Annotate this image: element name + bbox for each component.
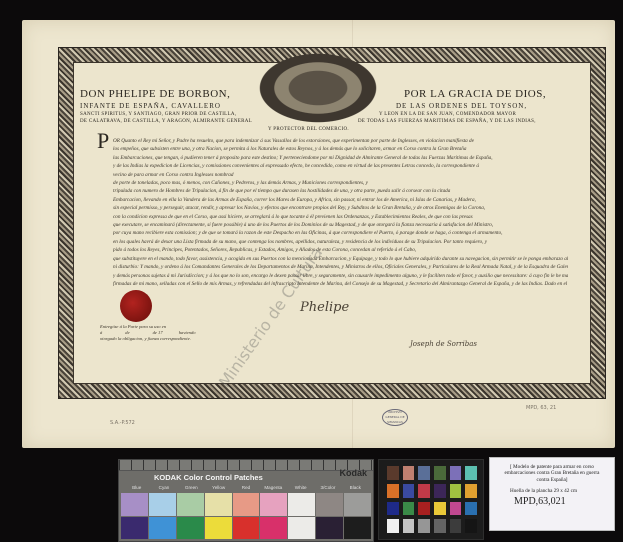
- body-line: de porte de toneladas, poco mas, ó menos…: [113, 179, 568, 187]
- body-line: en los quales havrá de dexar una Lista f…: [113, 238, 568, 246]
- secretary-signature: Joseph de Sorribas: [410, 340, 477, 348]
- heading-left-line1: DON PHELIPE DE BORBON,: [80, 88, 230, 100]
- body-line: que executare, se encaminará (directamen…: [113, 221, 568, 229]
- checker-patch: [403, 484, 415, 498]
- royal-coat-of-arms-icon: [250, 48, 386, 128]
- color-patch: [260, 493, 287, 516]
- margin-annotation-left: S.A.-P.572: [110, 420, 135, 426]
- body-line: por cuya mano recibiere esta comission; …: [113, 229, 568, 237]
- kodak-patch-label: White: [287, 485, 314, 490]
- catalogue-label: [ Modelo de patente para armar en corso …: [489, 457, 615, 531]
- body-line: sin especial permisso, y perseguir, atac…: [113, 204, 568, 212]
- color-patch: [260, 517, 287, 540]
- kodak-patch-labels: BlueCyanGreenYellowRedMagentaWhite3/Colo…: [123, 485, 369, 490]
- checker-patch: [465, 519, 477, 533]
- checker-patch: [418, 466, 430, 480]
- checker-patch: [434, 502, 446, 516]
- kodak-patch-label: Cyan: [150, 485, 177, 490]
- checker-patch: [403, 466, 415, 480]
- heading-right-line1: POR LA GRACIA DE DIOS,: [404, 88, 546, 100]
- kodak-title: KODAK Color Control Patches: [154, 473, 263, 482]
- checker-patch: [450, 466, 462, 480]
- color-patch: [344, 493, 371, 516]
- checker-patch: [387, 466, 399, 480]
- margin-annotation-right: MPD, 63, 21: [526, 405, 556, 411]
- delivery-note-line3: otorgado la obligacion, y fianza corresp…: [100, 336, 191, 341]
- checker-patch: [434, 466, 446, 480]
- body-line: y demás personas sujetas á mi Jurisdicci…: [113, 272, 568, 280]
- color-patch: [149, 493, 176, 516]
- ruler: [119, 460, 373, 471]
- checker-patch: [387, 519, 399, 533]
- checker-patch: [387, 502, 399, 516]
- color-patch: [121, 493, 148, 516]
- kodak-patches: [121, 493, 371, 539]
- heading-right-line2: DE LAS ORDENES DEL TOYSON,: [396, 102, 527, 110]
- drop-cap: P: [97, 128, 109, 154]
- body-line: OR Quanto el Rey mi Señor, y Padre ha re…: [113, 137, 568, 145]
- color-patch: [149, 517, 176, 540]
- royal-signature: Phelipe: [300, 300, 349, 315]
- heading-right-line4: DE TODAS LAS FUERZAS MARITIMAS DE ESPAÑA…: [358, 119, 536, 124]
- color-patch: [288, 517, 315, 540]
- heading-left-line4: DE CALATRAVA, DE CASTILLA, Y ARAGON, ALM…: [80, 119, 252, 124]
- kodak-patch-label: Red: [232, 485, 259, 490]
- body-line: tripulada con numero de Hombres de Tripu…: [113, 187, 568, 195]
- label-description: [ Modelo de patente para armar en corso …: [498, 464, 606, 483]
- kodak-color-card: KODAK Color Control Patches Kodak BlueCy…: [118, 459, 374, 542]
- color-patch: [316, 493, 343, 516]
- body-line: las Embarcaciones, que tengan, ó pudiere…: [113, 154, 568, 162]
- checker-patch: [403, 502, 415, 516]
- body-line: vecino de para armar en Corso contra Ing…: [113, 171, 568, 179]
- kodak-patch-label: Yellow: [205, 485, 232, 490]
- document-body: OR Quanto el Rey mi Señor, y Padre ha re…: [113, 137, 568, 288]
- body-line: pido á todos los Reyes, Principes, Poten…: [113, 246, 568, 254]
- color-patch: [205, 517, 232, 540]
- heading-left-line3: SANCTI SPIRITUS, Y SANTIAGO, GRAN PRIOR …: [80, 112, 236, 117]
- delivery-note-line2: á de de 17 haviendo: [100, 330, 196, 335]
- kodak-patch-label: Black: [342, 485, 369, 490]
- color-patch: [288, 493, 315, 516]
- wax-seal-icon: [120, 290, 152, 322]
- color-patch: [344, 517, 371, 540]
- body-line: los empeños, que subsisten entre una, y …: [113, 145, 568, 153]
- checker-patch: [465, 466, 477, 480]
- body-line: y de las Indias la expedicion de Licenci…: [113, 162, 568, 170]
- label-plate-size: Huella de la plancha 29 x 42 cm: [490, 488, 614, 494]
- checker-patch: [418, 502, 430, 516]
- checker-patch: [387, 484, 399, 498]
- heading-left-line2: INFANTE DE ESPAÑA, CAVALLERO: [80, 102, 221, 110]
- kodak-logo: Kodak: [339, 468, 367, 478]
- heading-right-line3: Y LEON EN LA DE SAN JUAN, COMENDADOR MAY…: [379, 112, 516, 117]
- archive-stamp: ARCHIVO GENERAL DE SIMANCAS: [382, 409, 408, 426]
- body-line: que substituyere en el mando, todo favor…: [113, 255, 568, 263]
- delivery-note: Entregóse á la Parte para su uso en á de…: [100, 324, 196, 342]
- body-line: Embarcacion, llevando en ella la Vandera…: [113, 196, 568, 204]
- checker-patch: [418, 484, 430, 498]
- label-catalogue-code: MPD,63,021: [490, 496, 614, 507]
- color-patch: [233, 493, 260, 516]
- checker-patch: [418, 519, 430, 533]
- kodak-patch-label: Green: [178, 485, 205, 490]
- body-line: ni disturbio: Y mando, y ordeno á los Co…: [113, 263, 568, 271]
- checker-patch: [465, 502, 477, 516]
- checker-patch: [434, 519, 446, 533]
- archive-stamp-text: ARCHIVO GENERAL DE SIMANCAS: [385, 410, 404, 424]
- checker-patch: [403, 519, 415, 533]
- body-line: con la condicion expressa de que en el C…: [113, 213, 568, 221]
- delivery-note-line1: Entregóse á la Parte para su uso en: [100, 324, 166, 329]
- checker-patch: [434, 484, 446, 498]
- color-patch: [205, 493, 232, 516]
- color-patch: [316, 517, 343, 540]
- color-patch: [121, 517, 148, 540]
- checker-patch: [465, 484, 477, 498]
- kodak-patch-label: Magenta: [260, 485, 287, 490]
- color-patch: [177, 517, 204, 540]
- checker-patch: [450, 484, 462, 498]
- color-patch: [233, 517, 260, 540]
- kodak-patch-label: 3/Color: [314, 485, 341, 490]
- kodak-patch-label: Blue: [123, 485, 150, 490]
- body-line: firmadas de mi mano, selladas con el Sel…: [113, 280, 568, 288]
- checker-patch: [450, 519, 462, 533]
- color-checker-grid: [387, 466, 477, 533]
- color-patch: [177, 493, 204, 516]
- heading-center: Y PROTECTOR DEL COMERCIO.: [268, 127, 349, 132]
- checker-patch: [450, 502, 462, 516]
- color-checker-chart: [378, 459, 484, 540]
